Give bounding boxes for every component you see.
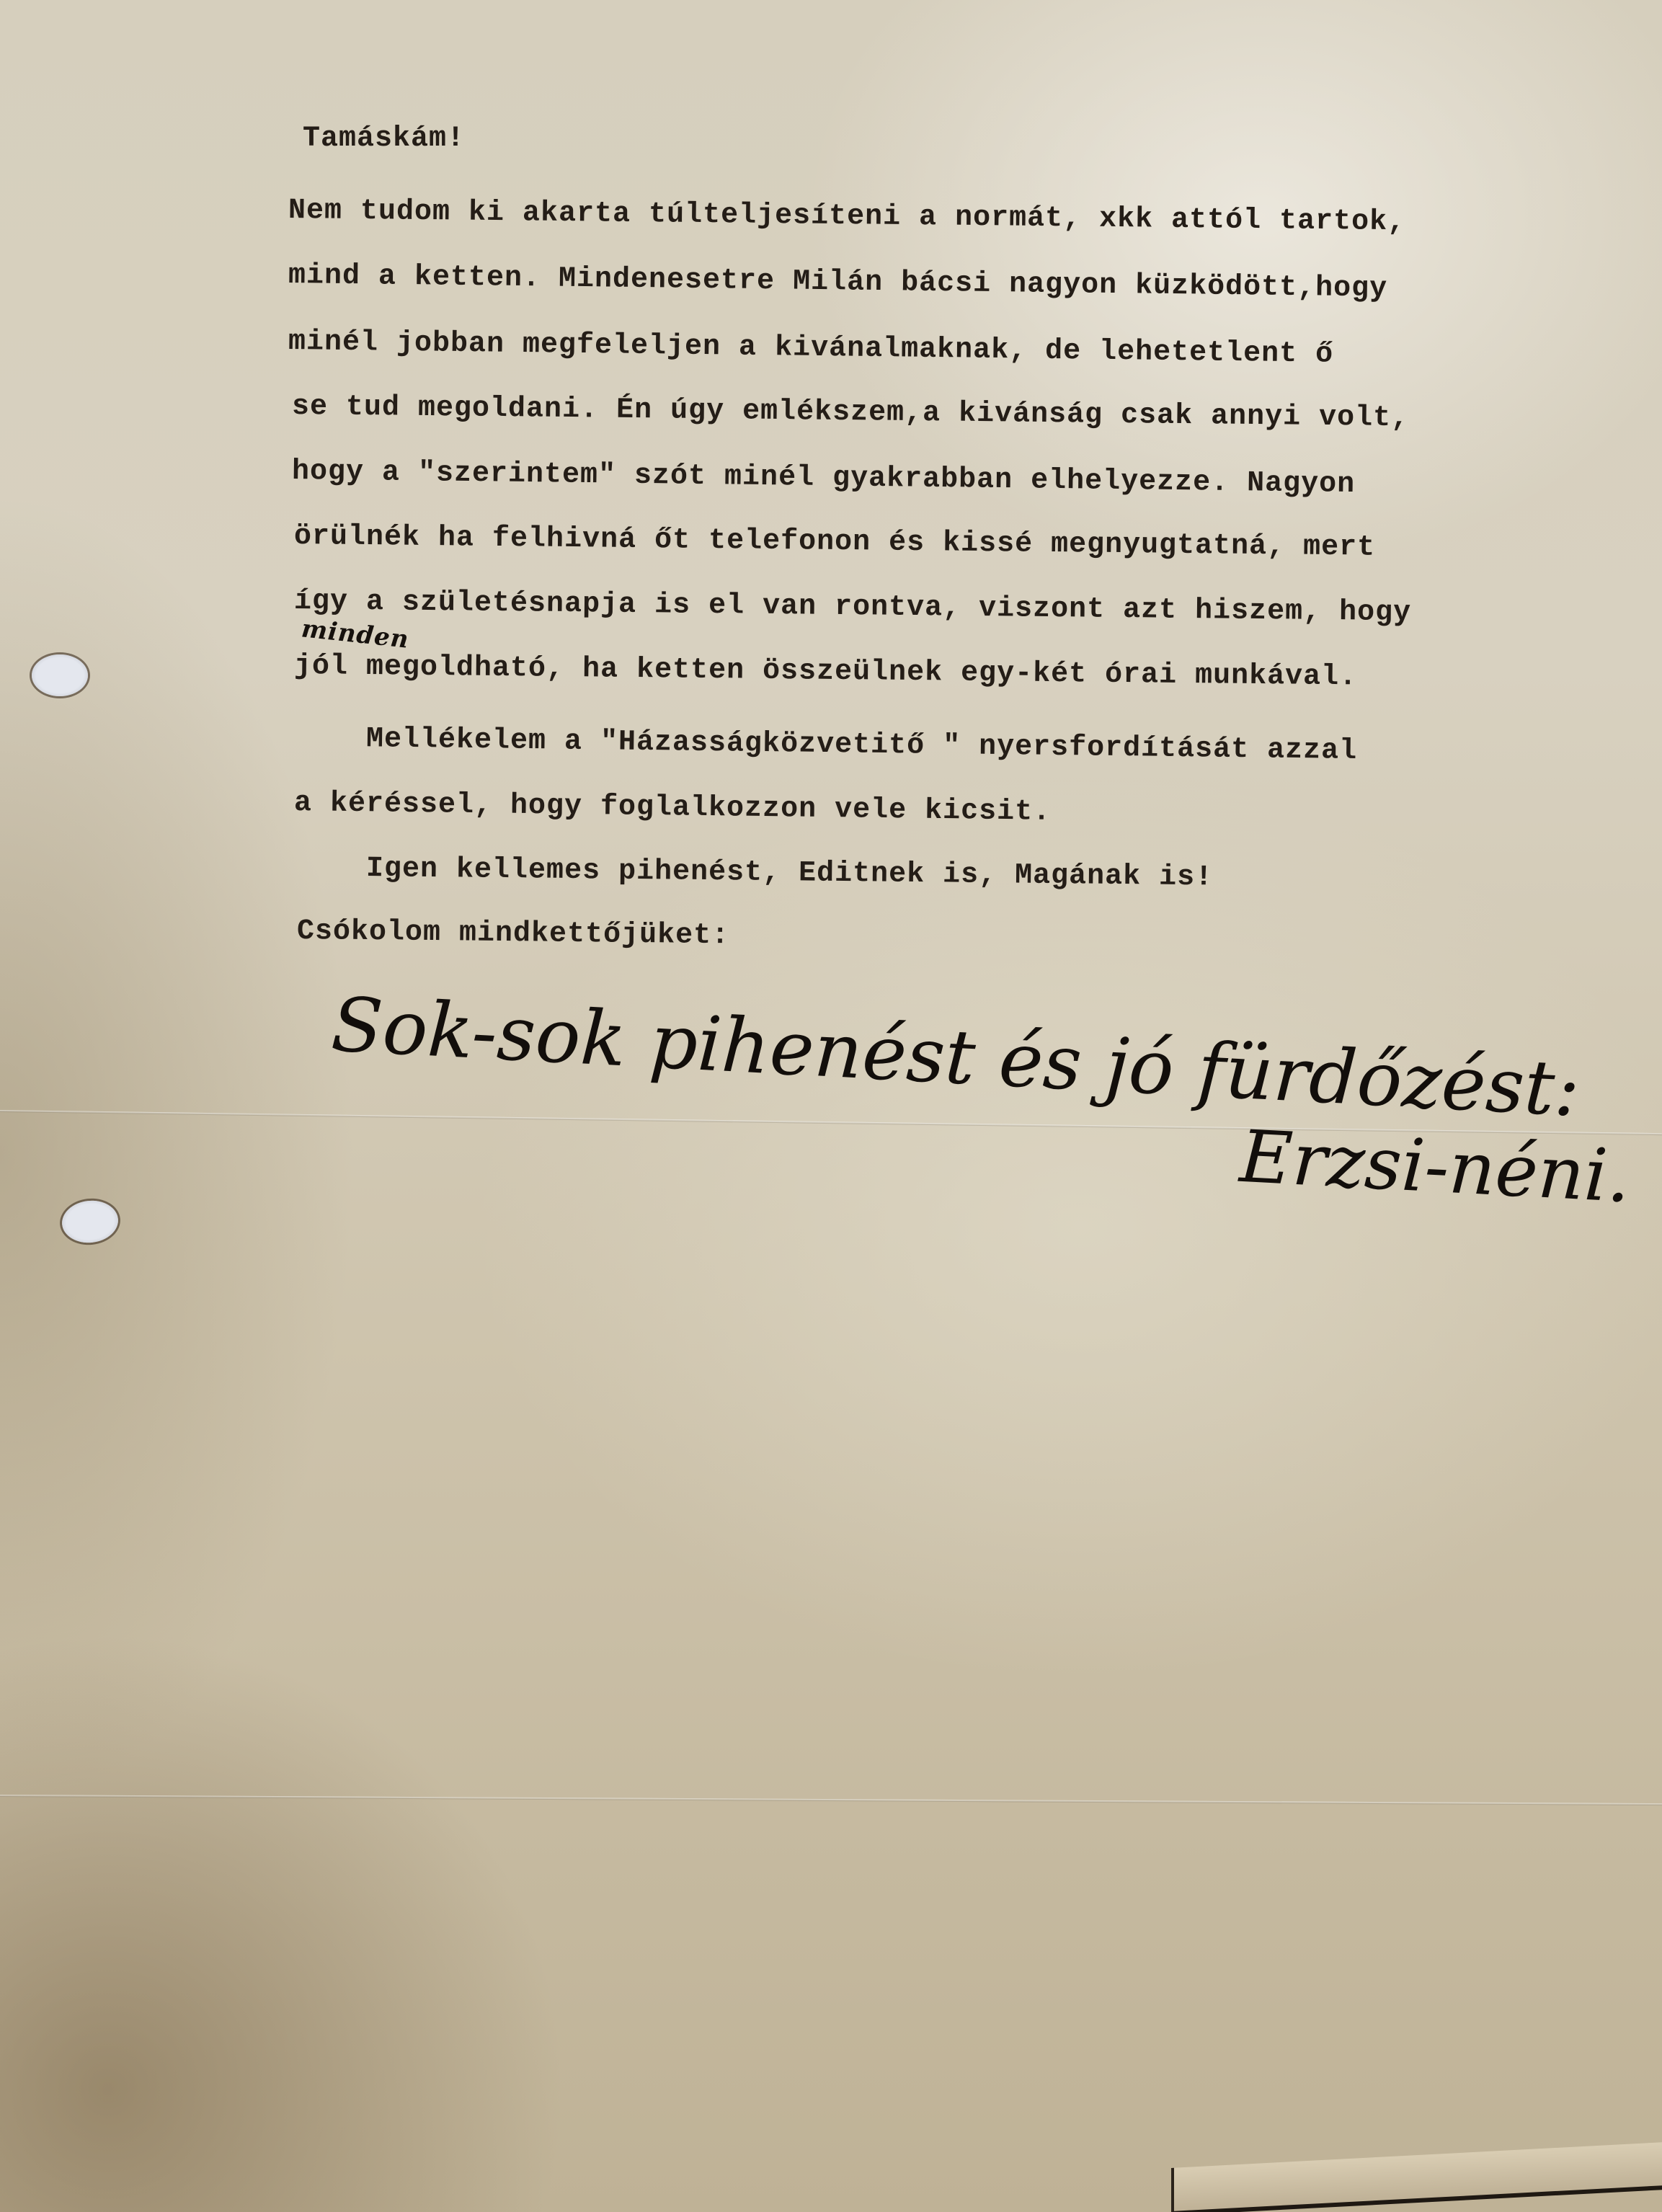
salutation: Tamáskám! <box>303 123 465 155</box>
closing-line: Csókolom mindkettőjüket: <box>297 915 730 952</box>
punch-hole <box>32 654 88 696</box>
